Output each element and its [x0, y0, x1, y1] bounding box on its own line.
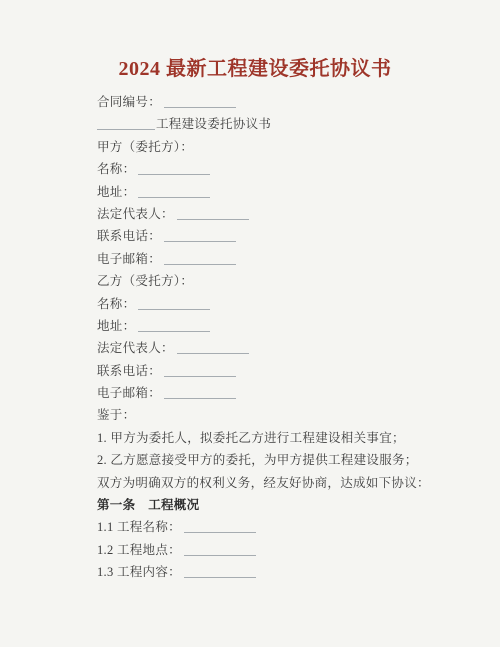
- document-line: 2. 乙方愿意接受甲方的委托，为甲方提供工程建设服务；: [97, 449, 460, 471]
- line-text: 联系电话：: [97, 364, 161, 378]
- line-text: 法定代表人：: [97, 341, 174, 355]
- document-line: 联系电话：: [97, 225, 460, 247]
- document-page: 2024 最新工程建设委托协议书 合同编号： 工程建设委托协议书 甲方（委托方）…: [0, 0, 500, 647]
- line-text: 法定代表人：: [97, 207, 174, 221]
- fill-in-blank-line: [138, 163, 210, 175]
- line-text: 第一条 工程概况: [97, 498, 199, 512]
- document-line: 名称：: [97, 158, 460, 180]
- fill-in-blank-line: [184, 566, 256, 578]
- line-text: 电子邮箱：: [97, 252, 161, 266]
- fill-in-blank-line: [138, 186, 210, 198]
- fill-in-blank-line: [138, 298, 210, 310]
- fill-in-blank-line: [164, 230, 236, 242]
- line-text: 2. 乙方愿意接受甲方的委托，为甲方提供工程建设服务；: [97, 453, 418, 467]
- document-line: 电子邮箱：: [97, 248, 460, 270]
- fill-in-blank-line: [138, 320, 210, 332]
- line-text: 甲方（委托方）：: [97, 140, 193, 154]
- document-line: 鉴于：: [97, 404, 460, 426]
- document-line: 1.3 工程内容：: [97, 561, 460, 583]
- line-text: 鉴于：: [97, 408, 135, 422]
- line-text: 联系电话：: [97, 229, 161, 243]
- document-line: 电子邮箱：: [97, 382, 460, 404]
- fill-in-blank-line: [164, 387, 236, 399]
- fill-in-blank-line: [164, 96, 236, 108]
- document-line: 1.2 工程地点：: [97, 539, 460, 561]
- line-text: 工程建设委托协议书: [156, 117, 271, 131]
- line-text: 1.3 工程内容：: [97, 565, 181, 579]
- document-line: 1. 甲方为委托人，拟委托乙方进行工程建设相关事宜；: [97, 427, 460, 449]
- fill-in-blank-line: [164, 253, 236, 265]
- document-line: 双方为明确双方的权利义务，经友好协商，达成如下协议：: [97, 472, 460, 494]
- line-text: 1.1 工程名称：: [97, 520, 181, 534]
- line-text: 名称：: [97, 162, 135, 176]
- document-line: 联系电话：: [97, 360, 460, 382]
- document-line: 甲方（委托方）：: [97, 136, 460, 158]
- document-line: 地址：: [97, 315, 460, 337]
- line-text: 1.2 工程地点：: [97, 543, 181, 557]
- line-text: 双方为明确双方的权利义务，经友好协商，达成如下协议：: [97, 476, 430, 490]
- document-line: 乙方（受托方）：: [97, 270, 460, 292]
- document-line: 合同编号：: [97, 91, 460, 113]
- line-text: 乙方（受托方）：: [97, 274, 193, 288]
- document-line: 法定代表人：: [97, 203, 460, 225]
- document-line: 1.1 工程名称：: [97, 516, 460, 538]
- fill-in-blank-line: [164, 365, 236, 377]
- line-text: 地址：: [97, 319, 135, 333]
- line-text: 名称：: [97, 297, 135, 311]
- document-title: 2024 最新工程建设委托协议书: [97, 56, 413, 82]
- line-text: 电子邮箱：: [97, 386, 161, 400]
- fill-in-blank-line: [184, 544, 256, 556]
- line-text: 1. 甲方为委托人，拟委托乙方进行工程建设相关事宜；: [97, 431, 405, 445]
- line-text: 合同编号：: [97, 95, 161, 109]
- document-line: 第一条 工程概况: [97, 494, 460, 516]
- fill-in-blank-line: [97, 118, 155, 130]
- fill-in-blank-line: [177, 208, 249, 220]
- document-line: 名称：: [97, 293, 460, 315]
- document-line: 地址：: [97, 181, 460, 203]
- fill-in-blank-line: [177, 342, 249, 354]
- document-body: 合同编号： 工程建设委托协议书 甲方（委托方）： 名称： 地址： 法定代表人： …: [97, 91, 460, 584]
- line-text: 地址：: [97, 185, 135, 199]
- document-line: 工程建设委托协议书: [97, 113, 460, 135]
- fill-in-blank-line: [184, 521, 256, 533]
- document-line: 法定代表人：: [97, 337, 460, 359]
